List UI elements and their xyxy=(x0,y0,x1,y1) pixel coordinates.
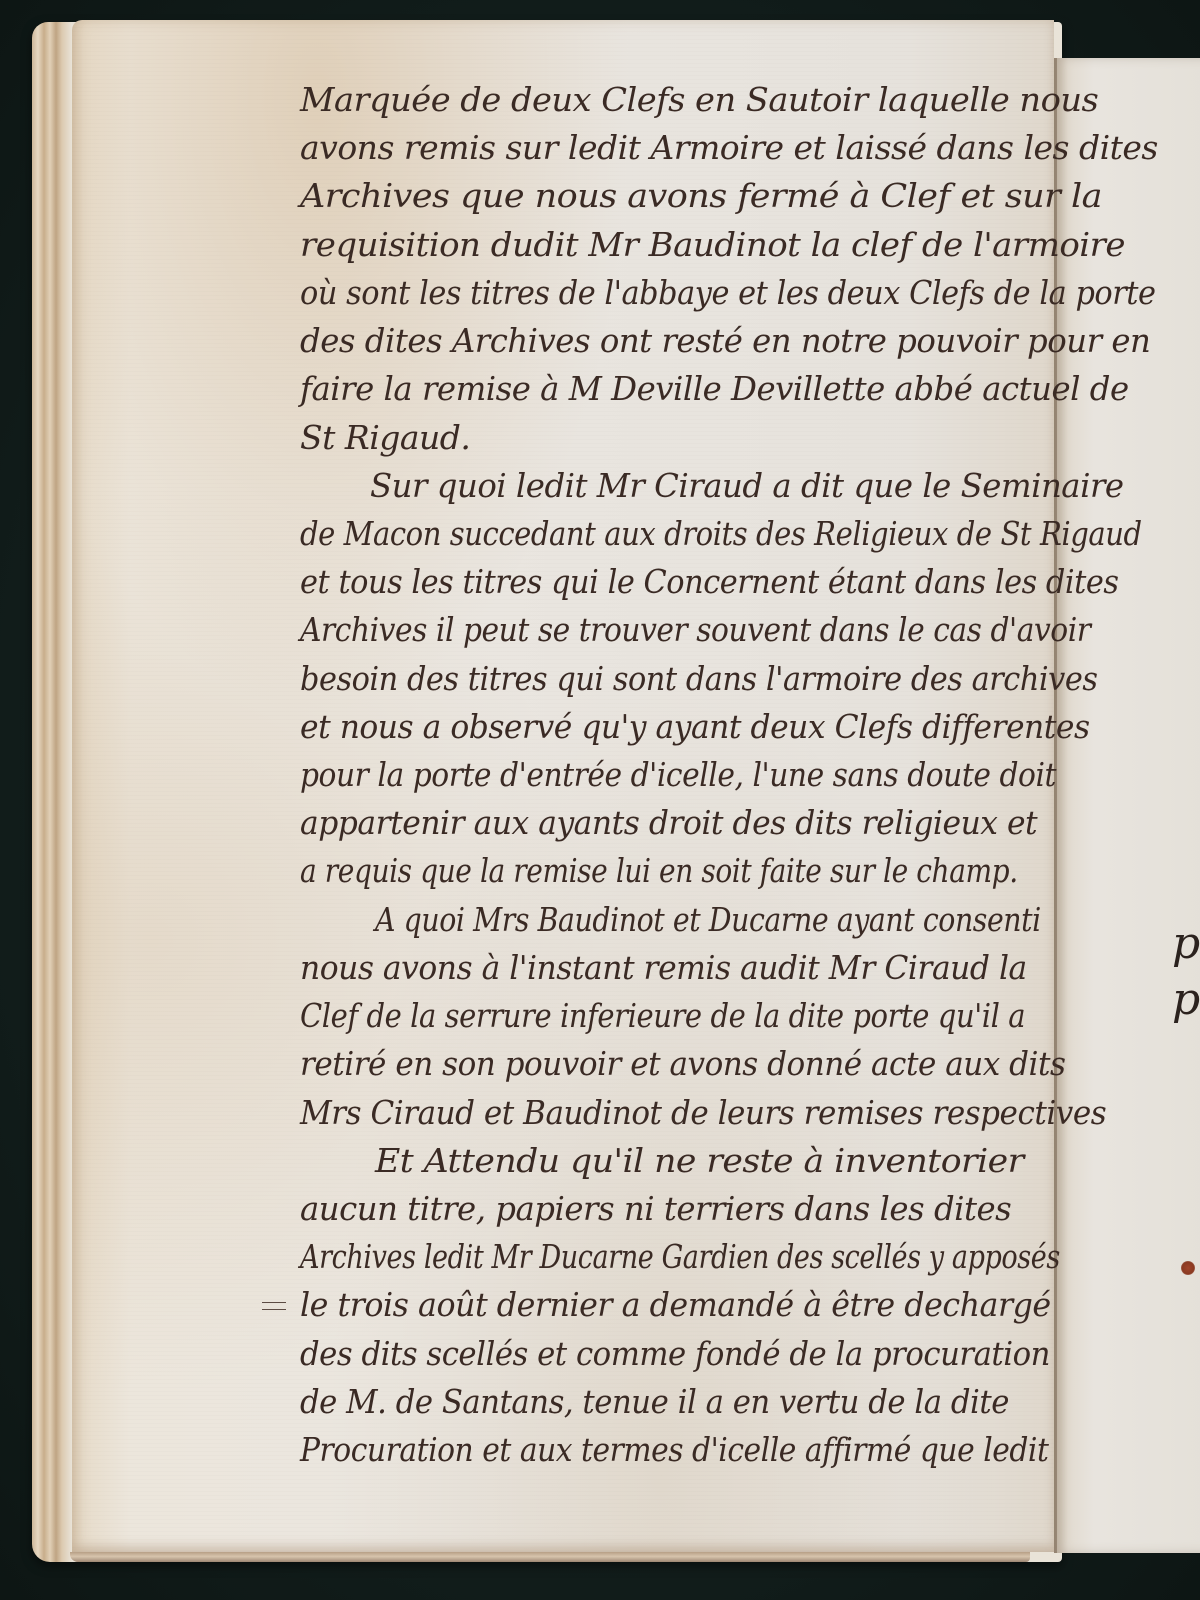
manuscript-line: aucun titre, papiers ni terriers dans le… xyxy=(300,1189,1011,1228)
manuscript-line: a requis que la remise lui en soit faite… xyxy=(300,851,1018,890)
manuscript-line: Marquée de deux Clefs en Sautoir laquell… xyxy=(300,80,1098,119)
page-stack-bottom-edge xyxy=(70,1552,1030,1562)
manuscript-line: retiré en son pouvoir et avons donné act… xyxy=(300,1044,1065,1083)
manuscript-line: avons remis sur ledit Armoire et laissé … xyxy=(300,128,1158,167)
manuscript-line: le trois août dernier a demandé à être d… xyxy=(300,1285,1051,1324)
manuscript-line: A quoi Mrs Baudinot et Ducarne ayant con… xyxy=(375,900,1041,939)
manuscript-line: Sur quoi ledit Mr Ciraud a dit que le Se… xyxy=(370,466,1124,505)
manuscript-line: requisition dudit Mr Baudinot la clef de… xyxy=(300,225,1125,264)
manuscript-line: de Macon succedant aux droits des Religi… xyxy=(300,514,1142,553)
manuscript-line: Procuration et aux termes d'icelle affir… xyxy=(300,1430,1048,1469)
manuscript-line: Mrs Ciraud et Baudinot de leurs remises … xyxy=(300,1093,1106,1132)
manuscript-line: pour la porte d'entrée d'icelle, l'une s… xyxy=(300,755,1056,794)
manuscript-line: Archives ledit Mr Ducarne Gardien des sc… xyxy=(300,1237,1060,1276)
manuscript-line: appartenir aux ayants droit des dits rel… xyxy=(300,803,1037,842)
manuscript-line: Et Attendu qu'il ne reste à inventorier xyxy=(375,1141,1024,1180)
manuscript-line: des dites Archives ont resté en notre po… xyxy=(300,321,1150,360)
manuscript-line: de M. de Santans, tenue il a en vertu de… xyxy=(300,1382,1009,1421)
manuscript-line: St Rigaud. xyxy=(300,418,470,457)
manuscript-line: Archives que nous avons fermé à Clef et … xyxy=(300,176,1102,215)
manuscript-line: faire la remise à M Deville Devillette a… xyxy=(300,369,1129,408)
manuscript-line: où sont les titres de l'abbaye et les de… xyxy=(300,273,1156,312)
manuscript-line: et tous les titres qui le Concernent éta… xyxy=(300,562,1119,601)
facing-page-mark: p xyxy=(1172,922,1200,966)
manuscript-line: nous avons à l'instant remis audit Mr Ci… xyxy=(300,948,1027,987)
manuscript-line: et nous a observé qu'y ayant deux Clefs … xyxy=(300,707,1090,746)
margin-mark xyxy=(262,1302,286,1310)
manuscript-line: Archives il peut se trouver souvent dans… xyxy=(300,610,1091,649)
red-ink-spot xyxy=(1181,1261,1195,1275)
manuscript-line: besoin des titres qui sont dans l'armoir… xyxy=(300,659,1098,698)
facing-page-mark: p xyxy=(1172,978,1200,1022)
manuscript-line: des dits scellés et comme fondé de la pr… xyxy=(300,1334,1050,1373)
manuscript-line: Clef de la serrure inferieure de la dite… xyxy=(300,996,1025,1035)
